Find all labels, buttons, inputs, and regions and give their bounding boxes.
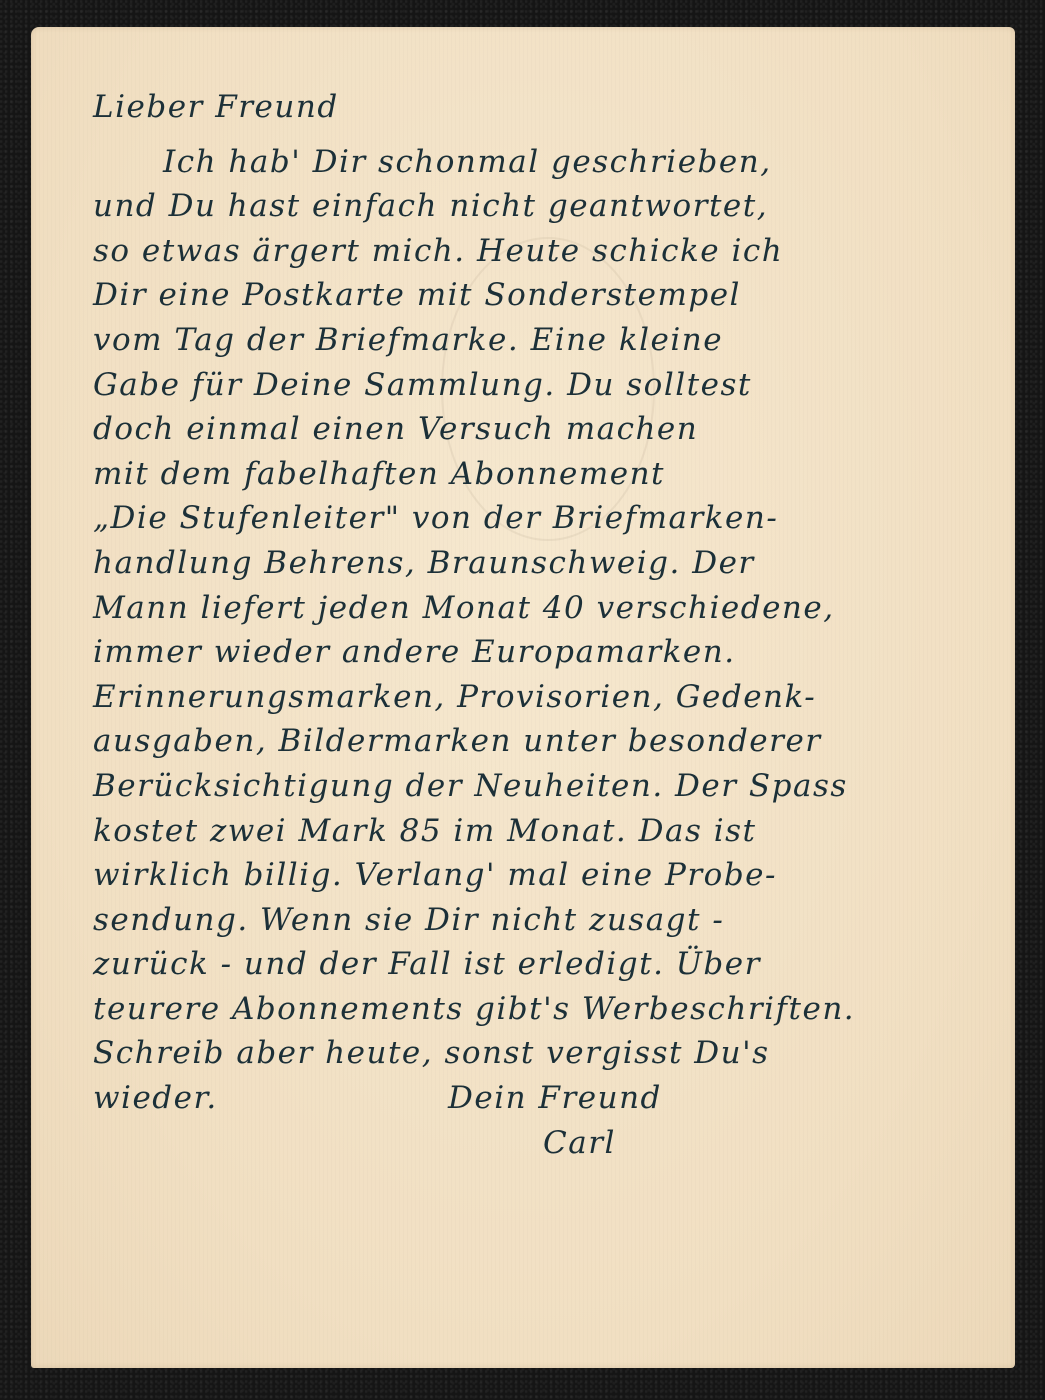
body-line: zurück - und der Fall ist erledigt. Über bbox=[93, 942, 973, 987]
last-body-line: wieder. bbox=[93, 1076, 218, 1121]
body-line: wirklich billig. Verlang' mal eine Probe… bbox=[93, 853, 973, 898]
body-line: teurere Abonnements gibt's Werbeschrifte… bbox=[93, 987, 973, 1032]
body-line: Berücksichtigung der Neuheiten. Der Spas… bbox=[93, 764, 973, 809]
body-line: so etwas ärgert mich. Heute schicke ich bbox=[93, 229, 973, 274]
handwritten-letter: Lieber Freund Ich hab' Dir schonmal gesc… bbox=[93, 85, 973, 1165]
body-line: ausgaben, Bildermarken unter besonderer bbox=[93, 719, 973, 764]
body-line: doch einmal einen Versuch machen bbox=[93, 407, 973, 452]
body-line: sendung. Wenn sie Dir nicht zusagt - bbox=[93, 898, 973, 943]
closing: Dein Freund bbox=[448, 1076, 662, 1121]
body-line: handlung Behrens, Braunschweig. Der bbox=[93, 541, 973, 586]
body-line: und Du hast einfach nicht geantwortet, bbox=[93, 184, 973, 229]
postcard: Lieber Freund Ich hab' Dir schonmal gesc… bbox=[31, 27, 1015, 1368]
body-line: vom Tag der Briefmarke. Eine kleine bbox=[93, 318, 973, 363]
body-line: Schreib aber heute, sonst vergisst Du's bbox=[93, 1031, 973, 1076]
salutation: Lieber Freund bbox=[93, 85, 973, 130]
body-line: Erinnerungsmarken, Provisorien, Gedenk- bbox=[93, 675, 973, 720]
body-line: „Die Stufenleiter" von der Briefmarken- bbox=[93, 496, 973, 541]
body-line: immer wieder andere Europamarken. bbox=[93, 630, 973, 675]
body-line: Ich hab' Dir schonmal geschrieben, bbox=[93, 140, 973, 185]
body-line: Dir eine Postkarte mit Sonderstempel bbox=[93, 273, 973, 318]
body-line: Mann liefert jeden Monat 40 verschiedene… bbox=[93, 586, 973, 631]
signature: Carl bbox=[93, 1121, 973, 1166]
body-line: Gabe für Deine Sammlung. Du solltest bbox=[93, 363, 973, 408]
closing-row: wieder. Dein Freund bbox=[93, 1076, 973, 1121]
body-line: mit dem fabelhaften Abonnement bbox=[93, 452, 973, 497]
body-line: kostet zwei Mark 85 im Monat. Das ist bbox=[93, 809, 973, 854]
